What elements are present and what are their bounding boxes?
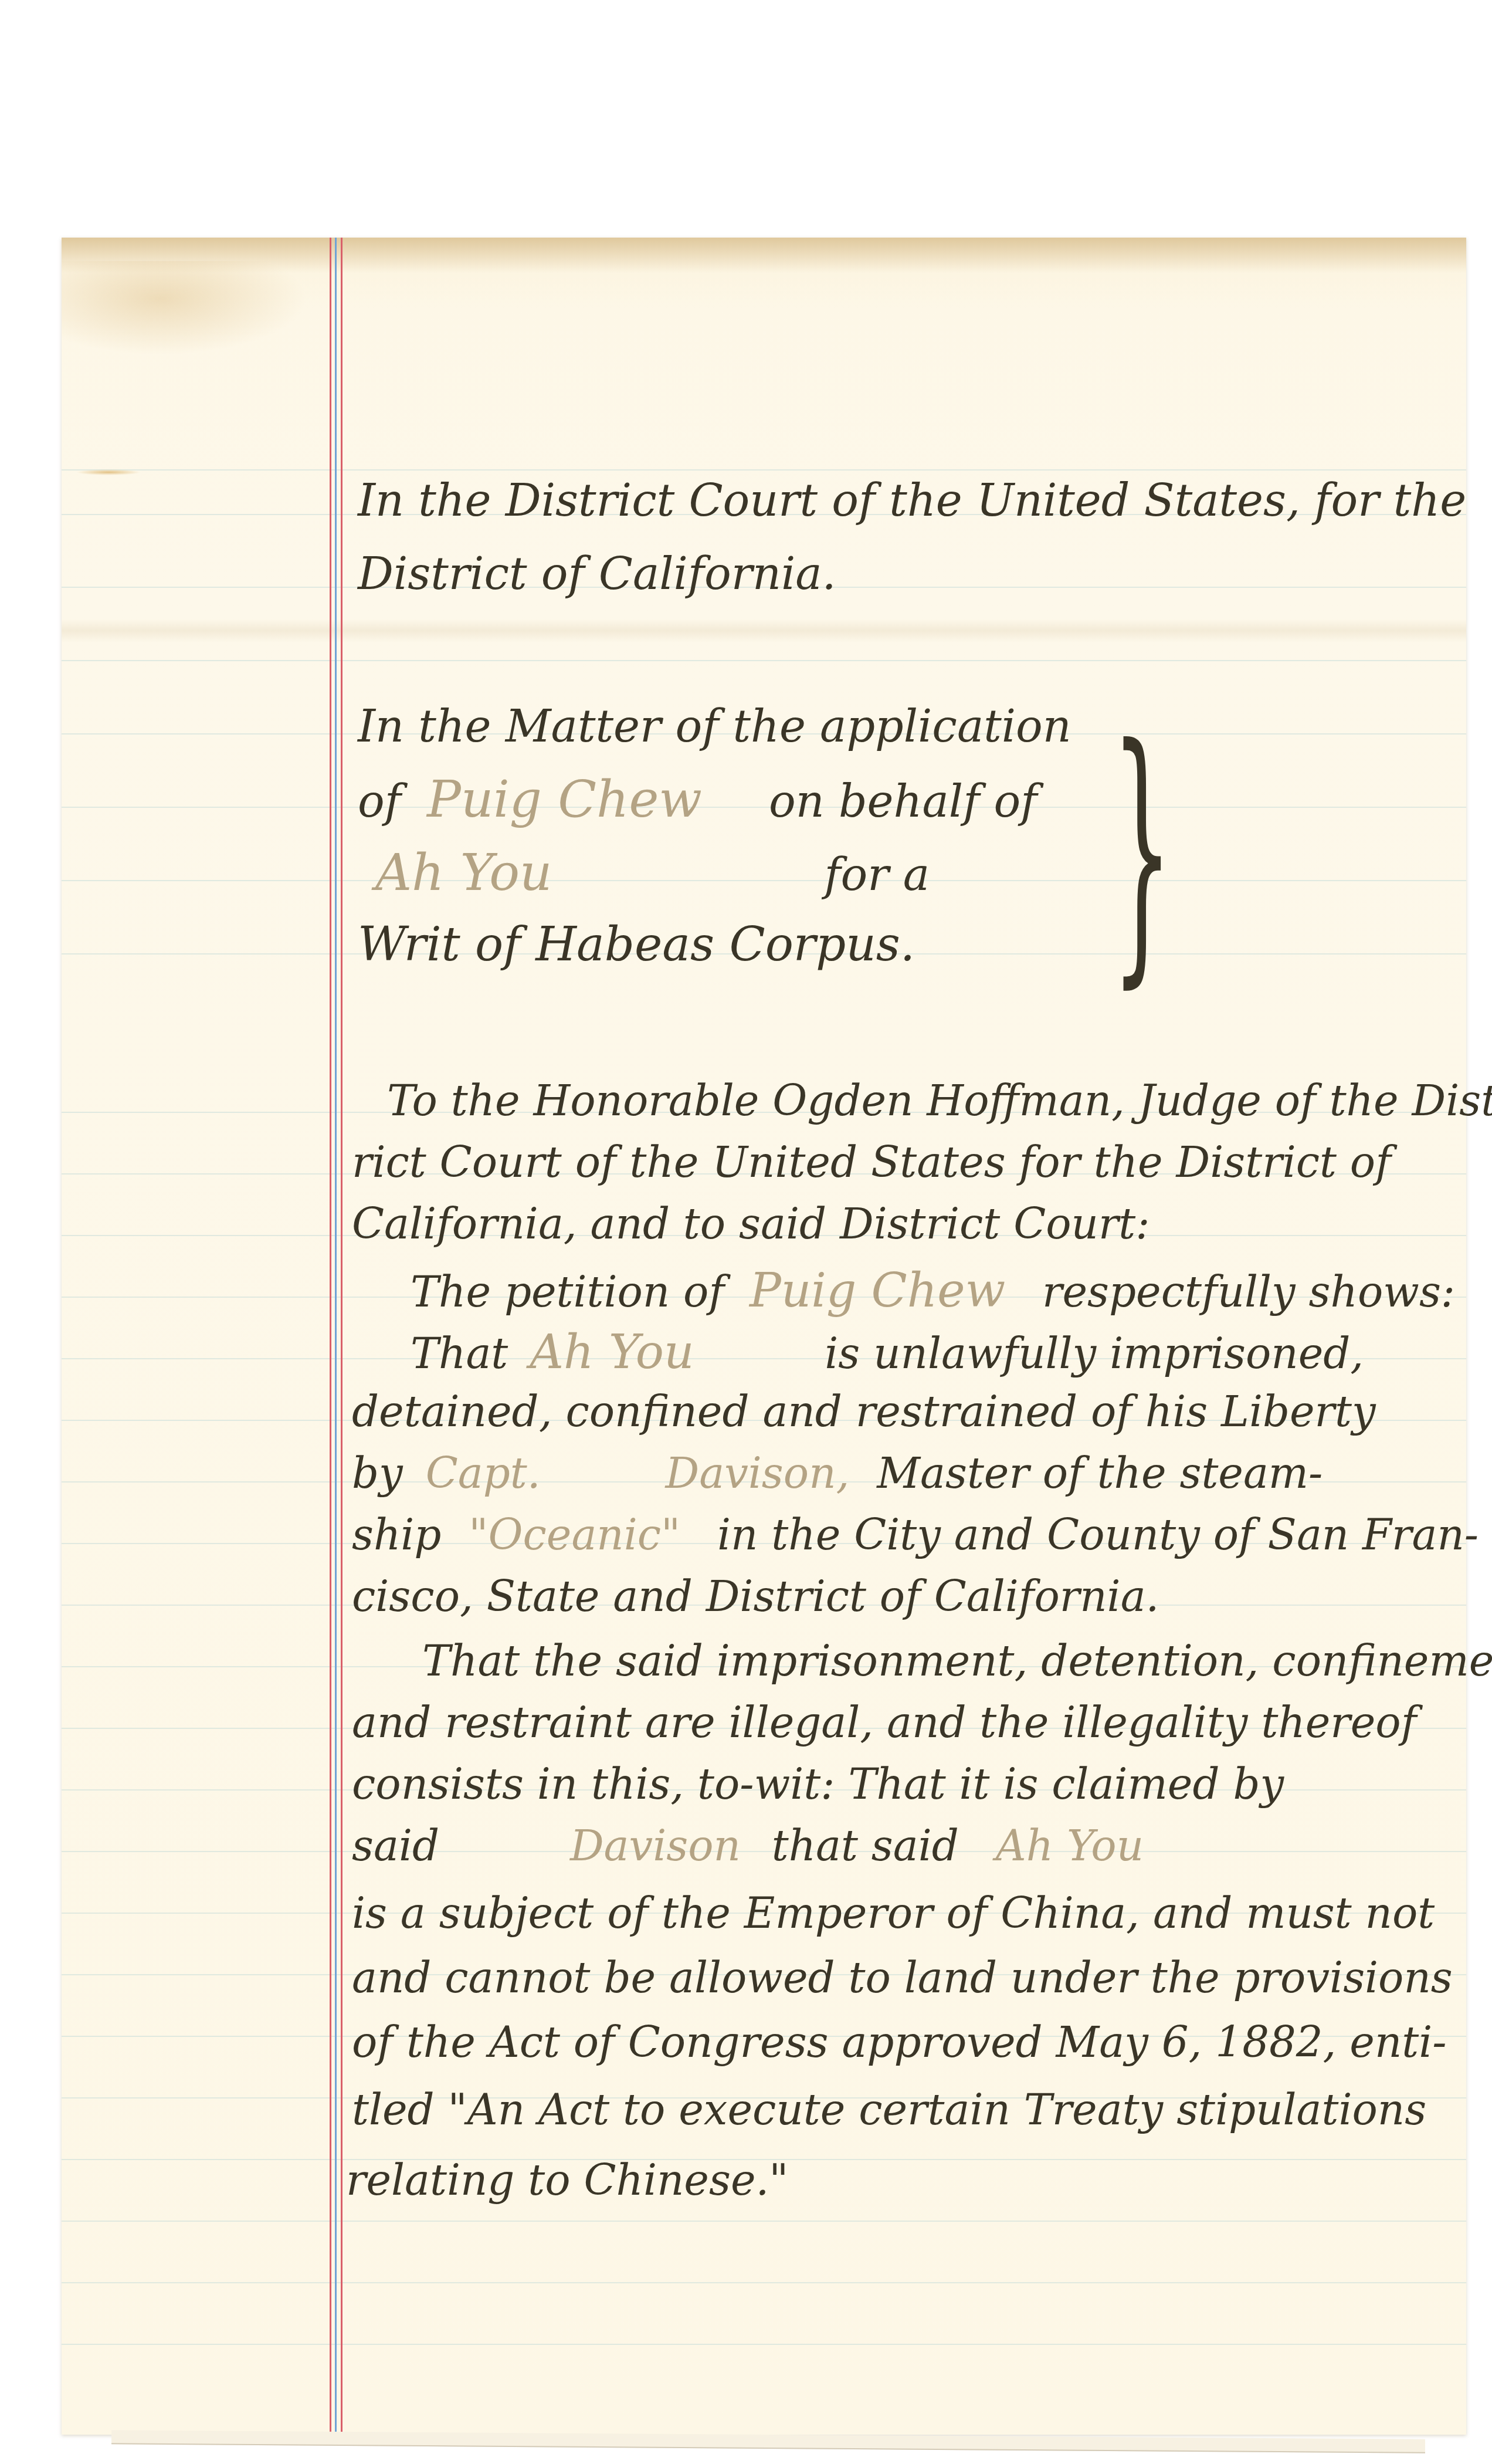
ship-name: "Oceanic" <box>469 1510 680 1559</box>
captain-name: Davison, <box>665 1448 849 1498</box>
address-line-1: To the Honorable Ogden Hoffman, Judge of… <box>387 1079 1492 1122</box>
caption-for-a: for a <box>824 848 930 901</box>
para1-line-2: detained, confined and restrained of his… <box>352 1390 1376 1433</box>
address-line-3: California, and to said District Court: <box>352 1203 1150 1245</box>
para2-line-5: is a subject of the Emperor of China, an… <box>352 1892 1435 1934</box>
ruled-line <box>62 2344 1466 2345</box>
caption-line-3: Ah You for a <box>375 848 930 898</box>
caption-line-1: In the Matter of the application <box>358 704 1071 749</box>
para1-that: That <box>411 1329 508 1378</box>
para2-line-3: consists in this, to-wit: That it is cla… <box>352 1763 1284 1805</box>
margin-line-red <box>341 238 343 2435</box>
para2-said: said <box>352 1821 439 1870</box>
petition-intro: The petition of Puig Chew respectfully s… <box>411 1267 1455 1314</box>
para1-by: by <box>352 1448 403 1498</box>
caption-line-2: of Puig Chew on behalf of <box>358 774 1037 825</box>
court-heading-line-1: In the District Court of the United Stat… <box>358 478 1466 523</box>
detainee-name: Ah You <box>530 1325 694 1379</box>
para2-line-7: of the Act of Congress approved May 6, 1… <box>352 2021 1447 2063</box>
court-heading-line-2: District of California. <box>358 551 836 596</box>
petitioner-name: Puig Chew <box>427 770 702 829</box>
margin-line-blue <box>335 238 337 2435</box>
water-stain <box>62 261 308 355</box>
petition-intro-prefix: The petition of <box>411 1267 724 1316</box>
para2-line-1: That the said imprisonment, detention, c… <box>422 1640 1492 1682</box>
caption-line-4: Writ of Habeas Corpus. <box>358 921 915 968</box>
ruled-line <box>62 469 1466 471</box>
address-line-2: rict Court of the United States for the … <box>352 1141 1391 1183</box>
para1-line-5: cisco, State and District of California. <box>352 1575 1159 1617</box>
ruled-line <box>62 2221 1466 2222</box>
petitioner-name: Puig Chew <box>750 1263 1005 1318</box>
margin-line-red <box>330 238 331 2435</box>
para2-line-8: tled "An Act to execute certain Treaty s… <box>352 2089 1426 2131</box>
para2-line-9: relating to Chinese." <box>346 2159 789 2201</box>
detainee-name: Ah You <box>996 1821 1144 1870</box>
caption-on-behalf: on behalf of <box>769 775 1037 827</box>
ruled-line <box>62 2282 1466 2283</box>
paper-fold <box>62 619 1466 642</box>
para1-line-3: by Capt. Davison, Master of the steam- <box>352 1452 1323 1494</box>
para2-line-4: said Davison that said Ah You <box>352 1825 1144 1867</box>
petition-intro-suffix: respectfully shows: <box>1042 1267 1455 1316</box>
caption-of: of <box>358 775 401 827</box>
para1-master: Master of the steam- <box>877 1448 1323 1498</box>
para1-city: in the City and County of San Fran- <box>717 1510 1479 1559</box>
para1-ship: ship <box>352 1510 441 1559</box>
para1-line-4: ship "Oceanic" in the City and County of… <box>352 1514 1479 1556</box>
caption-brace: } <box>1111 713 1173 989</box>
para1-imprisoned: is unlawfully imprisoned, <box>825 1329 1364 1378</box>
para2-line-2: and restraint are illegal, and the illeg… <box>352 1701 1416 1744</box>
captain-name: Davison <box>570 1821 741 1870</box>
para2-that-said: that said <box>772 1821 959 1870</box>
para2-line-6: and cannot be allowed to land under the … <box>352 1957 1453 1999</box>
captain-title: Capt. <box>426 1448 541 1498</box>
ink-smudge <box>76 469 141 475</box>
ruled-line <box>62 660 1466 661</box>
para1-line-1: That Ah You is unlawfully imprisoned, <box>411 1329 1364 1376</box>
detainee-name: Ah You <box>375 844 552 902</box>
